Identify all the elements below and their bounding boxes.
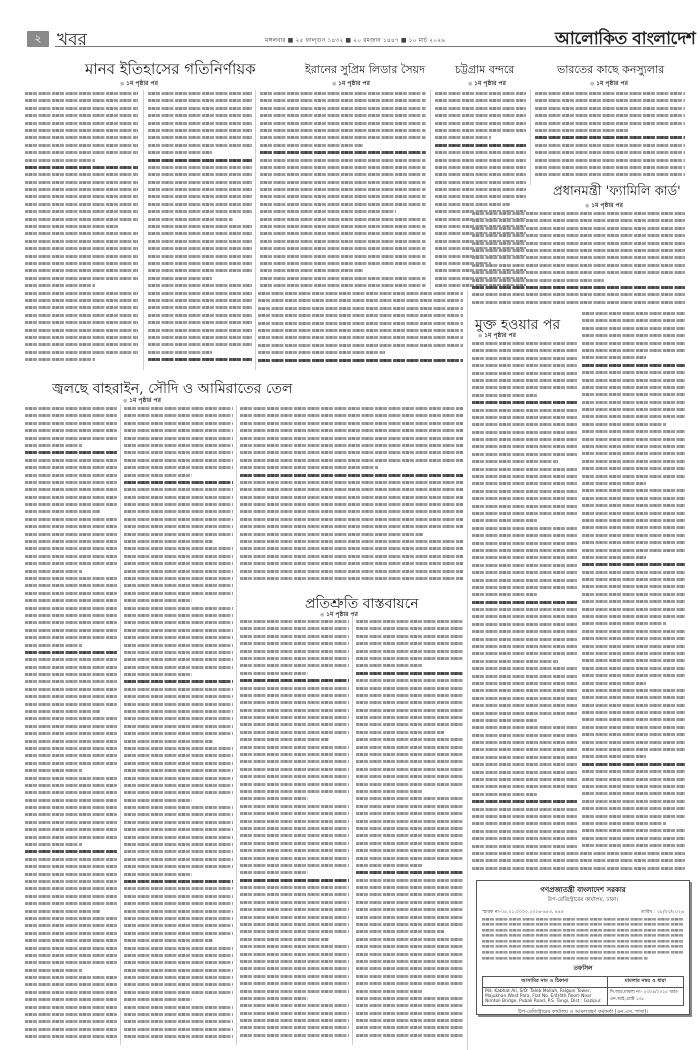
text-line (472, 562, 577, 569)
text-line (258, 290, 463, 297)
text-line (535, 164, 685, 171)
text-line (240, 773, 349, 780)
text-line (260, 260, 426, 267)
text-line (148, 267, 252, 274)
text-line (356, 670, 463, 677)
text-line (240, 560, 463, 567)
text-line (148, 186, 252, 193)
text-line (472, 473, 577, 480)
text-line (356, 825, 463, 832)
text-line (472, 599, 577, 606)
text-line (472, 480, 577, 487)
text-line (472, 377, 577, 384)
text-line (258, 327, 463, 334)
text-line (582, 591, 685, 598)
text-line (472, 347, 577, 354)
text-line (472, 488, 577, 495)
text-line (124, 723, 233, 730)
text-line (25, 464, 117, 471)
text-line (472, 384, 577, 391)
text-line (260, 171, 426, 178)
text-line (25, 959, 117, 966)
text-line (582, 776, 685, 783)
text-line (25, 767, 82, 774)
text-line (124, 701, 233, 708)
text-line (356, 995, 463, 1002)
text-line (582, 635, 685, 642)
text-line (25, 523, 117, 530)
notice-meta: স্মারক নং-০৫.০১.০০০০.২০২৬-৪৪৩, ৪৪৪ তারিখ… (482, 908, 684, 916)
text-line (25, 1004, 117, 1011)
text-line (472, 217, 685, 224)
text-line (356, 707, 463, 714)
text-line (240, 568, 463, 575)
text-line (240, 973, 349, 980)
text-line (25, 201, 138, 208)
text-line (25, 811, 117, 818)
text-line (25, 193, 138, 200)
text-line (582, 805, 685, 812)
text-line (240, 538, 463, 545)
text-line (240, 618, 349, 625)
text-line (472, 554, 577, 561)
text-line (25, 826, 117, 833)
text-line (25, 297, 138, 304)
text-line (25, 649, 117, 656)
text-line (25, 878, 117, 885)
text-line (240, 788, 349, 795)
article-body-india-consulate (535, 90, 685, 180)
headline-history[interactable]: মানব ইতিহাসের গতিনির্ণায়ক (85, 58, 256, 83)
text-line (124, 952, 233, 959)
text-line (582, 539, 685, 546)
text-line (582, 465, 685, 472)
text-line (25, 538, 117, 545)
text-line (472, 254, 685, 261)
text-line (240, 736, 329, 743)
text-line (356, 803, 463, 810)
article-body-promise-col2 (356, 618, 463, 1045)
text-line (240, 508, 463, 515)
text-line (124, 619, 233, 626)
text-line (356, 951, 463, 958)
text-line (124, 553, 233, 560)
text-line (582, 583, 685, 590)
text-line (472, 510, 577, 517)
text-line (535, 105, 685, 112)
article-body-oil-fire-col2 (124, 405, 233, 1045)
text-line (356, 928, 444, 935)
text-line (124, 560, 233, 567)
text-line (582, 502, 685, 509)
text-line (472, 791, 537, 798)
text-line (582, 332, 685, 339)
text-line (582, 369, 685, 376)
text-line (582, 798, 685, 805)
text-line (124, 1026, 233, 1033)
text-line (25, 656, 117, 663)
text-line (356, 855, 463, 862)
text-line (472, 414, 577, 421)
text-line (535, 127, 628, 134)
text-line (25, 260, 138, 267)
text-line (240, 1024, 349, 1031)
text-line (582, 413, 685, 420)
text-line (25, 238, 138, 245)
text-line (472, 466, 577, 473)
text-line (240, 951, 349, 958)
text-line (582, 561, 685, 568)
text-line (472, 284, 685, 291)
text-line (472, 776, 577, 783)
text-line (240, 714, 349, 721)
headline-oil-fire[interactable]: জ্বলছে বাহরাইন, সৌদি ও আমিরাতের তেল (52, 377, 292, 401)
text-line (148, 230, 252, 237)
notice-memo: স্মারক নং-০৫.০১.০০০০.২০২৬-৪৪৩, ৪৪৪ (482, 908, 564, 916)
text-line (148, 112, 252, 119)
text-line (25, 1026, 117, 1033)
text-line (25, 797, 117, 804)
text-line (240, 721, 349, 728)
text-line (124, 516, 233, 523)
text-line (472, 584, 577, 591)
text-line (472, 650, 577, 657)
column-rule (352, 615, 353, 1045)
text-line (25, 435, 117, 442)
text-line (25, 127, 138, 134)
text-line (260, 267, 363, 274)
text-line (240, 855, 349, 862)
text-line (25, 863, 117, 870)
text-line (25, 253, 138, 260)
text-line (260, 149, 426, 156)
text-line (582, 657, 685, 664)
text-line (148, 216, 233, 223)
text-line (25, 900, 117, 907)
text-line (124, 959, 233, 966)
text-line (240, 1002, 349, 1009)
text-line (240, 751, 349, 758)
text-line (472, 458, 558, 465)
text-line (356, 685, 463, 692)
text-line (25, 216, 138, 223)
text-line (124, 412, 233, 419)
text-line (240, 869, 308, 876)
text-line (148, 349, 212, 356)
text-line (582, 310, 685, 317)
text-line (124, 804, 233, 811)
text-line (25, 157, 95, 164)
text-line (582, 739, 685, 746)
text-line (25, 427, 117, 434)
text-line (25, 885, 117, 892)
text-line (472, 540, 577, 547)
text-line (240, 575, 463, 582)
text-line (124, 996, 192, 1003)
text-line (25, 575, 117, 582)
text-line (482, 955, 648, 961)
text-line (472, 835, 577, 842)
article-body-oil-fire-col3 (240, 405, 463, 585)
text-line (25, 908, 100, 915)
text-line (124, 797, 192, 804)
text-line (25, 715, 117, 722)
dateline: মঙ্গলবার ■ ২৫ ফাল্গুন ১৪৩২ ■ ২০ রমজান ১৪… (265, 35, 445, 46)
text-line (240, 707, 349, 714)
text-line (240, 906, 349, 913)
text-line (240, 914, 349, 921)
text-line (472, 399, 577, 406)
text-line (148, 120, 252, 127)
text-line (124, 811, 233, 818)
text-line (124, 686, 233, 693)
text-line (124, 634, 233, 641)
notice-title: গণপ্রজাতন্ত্রী বাংলাদেশ সরকার (482, 884, 684, 896)
text-line (148, 312, 252, 319)
text-line (260, 157, 426, 164)
text-line (25, 267, 138, 274)
text-line (240, 670, 308, 677)
text-line (356, 758, 463, 765)
text-line (240, 781, 349, 788)
text-line (535, 120, 685, 127)
text-line (260, 127, 426, 134)
text-line (148, 304, 252, 311)
text-line (25, 516, 117, 523)
text-line (472, 857, 685, 864)
text-line (435, 134, 491, 141)
text-line (25, 105, 138, 112)
text-line (25, 230, 138, 237)
text-line (124, 893, 233, 900)
text-line (582, 761, 685, 768)
text-line (240, 729, 349, 736)
text-line (25, 412, 117, 419)
text-line (124, 937, 213, 944)
text-line (260, 97, 426, 104)
text-line (148, 97, 252, 104)
text-line (240, 928, 349, 935)
text-line (25, 996, 117, 1003)
text-line (124, 671, 192, 678)
text-line (582, 835, 685, 842)
text-line (240, 899, 349, 906)
text-line (582, 613, 685, 620)
text-line (582, 554, 646, 561)
text-line (25, 112, 138, 119)
text-line (124, 575, 233, 582)
text-line (472, 340, 577, 347)
text-line (435, 164, 526, 171)
text-line (25, 341, 138, 348)
text-line (472, 754, 577, 761)
text-line (582, 620, 666, 627)
article-body-history-col2 (148, 90, 252, 370)
text-line (356, 810, 463, 817)
text-line (25, 678, 117, 685)
text-line (124, 494, 233, 501)
text-line (472, 695, 577, 702)
text-line (582, 576, 685, 583)
table-header: মামলার নম্বর ও ধারা (607, 976, 683, 987)
text-line (124, 538, 213, 545)
text-line (472, 761, 577, 768)
text-line (582, 384, 685, 391)
text-line (124, 656, 233, 663)
text-line (472, 591, 537, 598)
text-line (260, 134, 426, 141)
text-line (472, 702, 577, 709)
text-line (472, 407, 577, 414)
text-line (148, 208, 252, 215)
text-line (258, 357, 463, 364)
text-line (582, 628, 685, 635)
text-line (148, 134, 252, 141)
text-line (356, 958, 463, 965)
text-line (582, 547, 685, 554)
text-line (356, 847, 463, 854)
text-line (472, 636, 577, 643)
masthead-rule (55, 46, 675, 47)
text-line (356, 655, 463, 662)
text-line (240, 472, 463, 479)
text-line (124, 708, 233, 715)
text-line (356, 943, 463, 950)
text-line (356, 677, 463, 684)
text-line (240, 943, 349, 950)
text-line (435, 112, 526, 119)
text-line (25, 120, 138, 127)
text-line (148, 245, 252, 252)
text-line (25, 619, 117, 626)
text-line (472, 746, 577, 753)
text-line (582, 842, 685, 849)
text-line (356, 936, 463, 943)
text-line (472, 843, 577, 850)
text-line (148, 164, 252, 171)
text-line (435, 142, 526, 149)
text-line (472, 806, 577, 813)
text-line (582, 436, 685, 443)
text-line (472, 739, 577, 746)
article-body-family-card-top (472, 210, 685, 310)
text-line (240, 758, 349, 765)
text-line (25, 922, 117, 929)
text-line (25, 134, 138, 141)
text-line (25, 804, 117, 811)
text-line (582, 406, 685, 413)
text-line (240, 494, 463, 501)
text-line (25, 945, 117, 952)
text-line (25, 642, 82, 649)
text-line (356, 862, 422, 869)
text-line (356, 692, 463, 699)
text-line (582, 510, 685, 517)
text-line (124, 871, 192, 878)
text-line (472, 421, 577, 428)
column-rule (467, 290, 468, 1050)
text-line (148, 201, 252, 208)
text-line (472, 299, 685, 306)
text-line (240, 648, 349, 655)
text-line (582, 495, 685, 502)
text-line (25, 186, 138, 193)
text-line (240, 420, 463, 427)
text-line (124, 449, 233, 456)
text-line (472, 225, 685, 232)
text-line (535, 157, 685, 164)
text-line (25, 789, 117, 796)
text-line (25, 819, 117, 826)
text-line (472, 680, 577, 687)
text-line (240, 655, 349, 662)
text-line (25, 834, 117, 841)
text-line (356, 744, 463, 751)
text-line (260, 282, 426, 289)
text-line (240, 464, 378, 471)
kicker-india-consulate: ১ম পৃষ্ঠার পর (590, 78, 628, 89)
article-body-oil-fire-col1 (25, 405, 117, 1045)
text-line (472, 291, 685, 298)
text-line (240, 640, 349, 647)
text-line (25, 760, 117, 767)
text-line (435, 90, 526, 97)
text-line (356, 1024, 463, 1031)
text-line (124, 457, 233, 464)
text-line (582, 606, 685, 613)
text-line (472, 783, 577, 790)
table-row: Md. Kabhat Ali, S/O: Taleb Mollah, Falgu… (483, 987, 684, 1005)
text-line (240, 1010, 349, 1017)
text-line (582, 790, 685, 797)
text-line (124, 775, 233, 782)
text-line (25, 848, 117, 855)
text-line (472, 436, 577, 443)
text-line (25, 457, 117, 464)
text-line (25, 223, 118, 230)
text-line (260, 216, 426, 223)
text-line (124, 582, 233, 589)
text-line (258, 349, 385, 356)
text-line (25, 974, 117, 981)
text-line (472, 362, 577, 369)
text-line (582, 716, 685, 723)
article-body-history-col1 (25, 90, 138, 370)
text-line (582, 340, 685, 347)
text-line (25, 479, 117, 486)
notice-schedule-table: আসামির নাম ও ঠিকানা মামলার নম্বর ও ধারা … (482, 976, 684, 1006)
text-line (148, 171, 252, 178)
text-line (472, 262, 685, 269)
text-line (25, 356, 95, 363)
text-line (356, 1010, 463, 1017)
text-line (240, 435, 463, 442)
text-line (535, 171, 685, 178)
text-line (25, 981, 117, 988)
text-line (25, 171, 138, 178)
table-cell: Md. Kabhat Ali, S/O: Taleb Mollah, Falgu… (483, 987, 608, 1005)
text-line (124, 900, 233, 907)
text-line (25, 612, 117, 619)
kicker-chattogram: ১ম পৃষ্ঠার পর (468, 78, 506, 89)
text-line (582, 569, 685, 576)
text-line (148, 253, 252, 260)
text-line (124, 523, 233, 530)
text-line (472, 724, 577, 731)
text-line (258, 312, 463, 319)
text-line (25, 730, 117, 737)
text-line (25, 405, 117, 412)
